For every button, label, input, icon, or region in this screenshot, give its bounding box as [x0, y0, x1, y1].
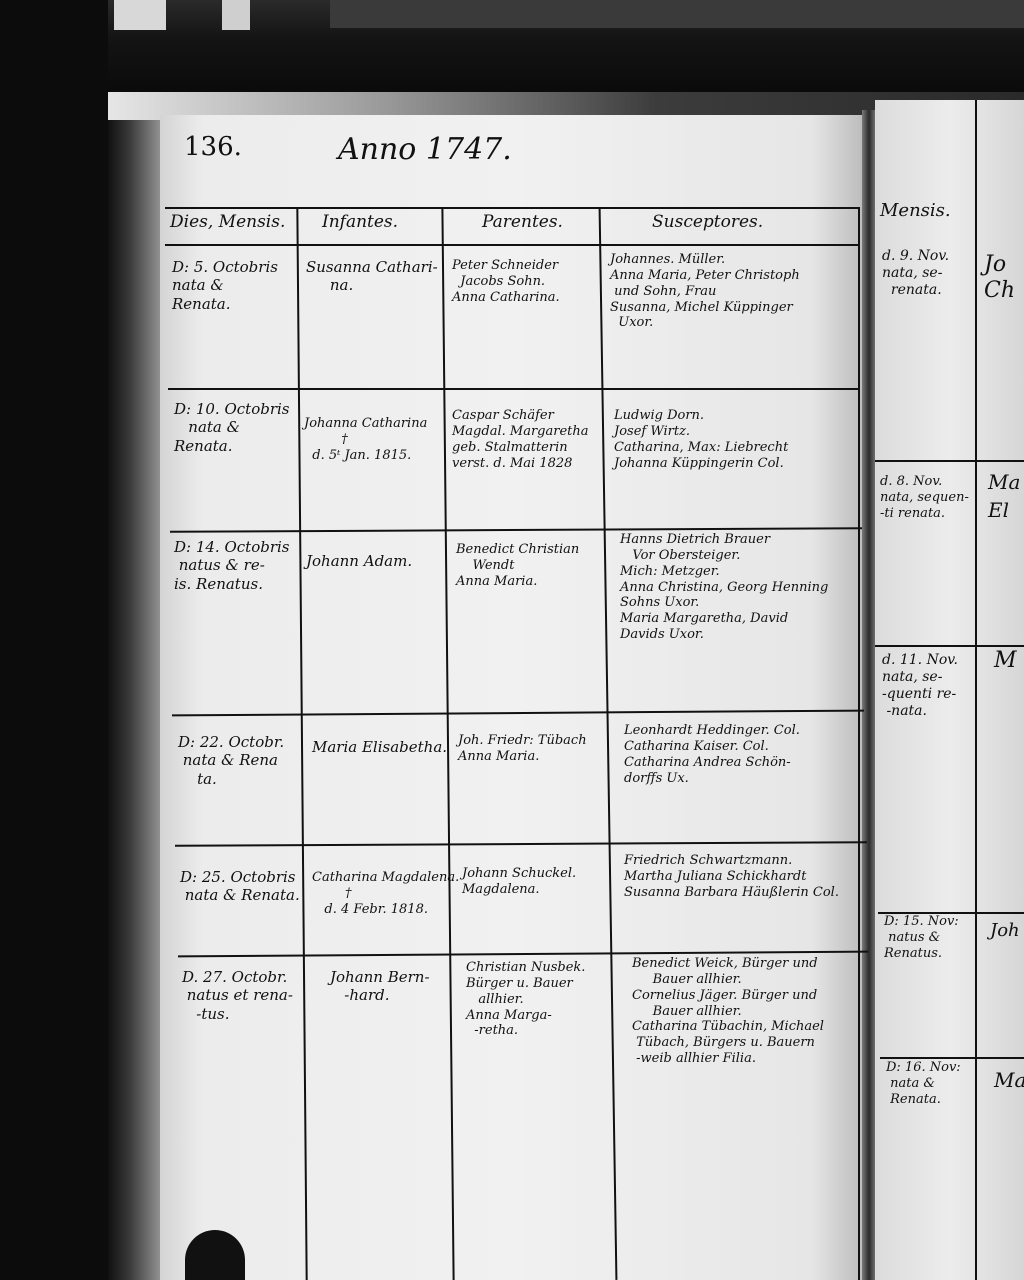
row-rule	[168, 388, 860, 390]
right-page-rule	[875, 645, 1024, 647]
next-column-fragment: Ma	[994, 1068, 1024, 1092]
cell-sponsors: Johannes. Müller. Anna Maria, Peter Chri…	[610, 252, 800, 331]
right-page-rule	[880, 1057, 1024, 1059]
cell-infant: Johann Bern- -hard.	[330, 968, 430, 1005]
header-rule	[165, 244, 860, 246]
cell-infant: Susanna Cathari- na.	[306, 258, 438, 295]
right-entry: d. 11. Nov. nata, se- -quenti re- -nata.	[882, 652, 958, 720]
cell-parents: Peter Schneider Jacobs Sohn. Anna Cathar…	[452, 258, 560, 306]
header-parentes: Parentes.	[482, 212, 563, 233]
right-entry: D: 15. Nov: natus & Renatus.	[884, 914, 959, 962]
header-dies-mensis: Dies, Mensis.	[170, 212, 285, 233]
cell-sponsors: Hanns Dietrich Brauer Vor Obersteiger. M…	[620, 532, 828, 643]
next-column-fragment: Jo	[984, 252, 1006, 279]
table-top-rule	[165, 207, 860, 209]
cell-parents: Benedict Christian Wendt Anna Maria.	[456, 542, 579, 590]
right-header-mensis: Mensis.	[880, 200, 951, 222]
cell-infant: Johann Adam.	[306, 552, 412, 570]
cell-date: D: 14. Octobris natus & re- is. Renatus.	[174, 538, 290, 593]
book-gutter	[862, 110, 876, 1280]
scanner-top-strip	[330, 0, 1024, 28]
right-entry: D: 16. Nov: nata & Renata.	[886, 1060, 961, 1108]
right-entry: d. 8. Nov. nata, sequen- -ti renata.	[880, 474, 969, 522]
page-number: 136.	[184, 132, 242, 164]
cell-infant: Johanna Catharina † d. 5ᵗ Jan. 1815.	[304, 416, 427, 464]
page-title: Anno 1747.	[338, 132, 512, 169]
next-column-fragment: Ma	[988, 470, 1020, 494]
cell-parents: Johann Schuckel. Magdalena.	[462, 866, 576, 898]
right-page-column-rule	[975, 100, 977, 1280]
cell-date: D: 10. Octobris nata & Renata.	[174, 400, 290, 455]
cell-date: D. 27. Octobr. natus et rena- -tus.	[182, 968, 293, 1023]
column-rule	[858, 207, 860, 1280]
cell-sponsors: Benedict Weick, Bürger und Bauer allhier…	[632, 956, 824, 1067]
cell-sponsors: Ludwig Dorn. Josef Wirtz. Catharina, Max…	[614, 408, 788, 471]
next-column-fragment: El	[988, 498, 1009, 522]
book-spine	[108, 120, 163, 1280]
next-column-fragment: Ch	[984, 278, 1015, 305]
cell-date: D: 25. Octobris nata & Renata.	[180, 868, 300, 905]
cell-parents: Joh. Friedr: Tübach Anna Maria.	[458, 733, 587, 765]
cell-date: D: 22. Octobr. nata & Rena ta.	[178, 733, 284, 788]
next-column-fragment: Joh	[990, 920, 1020, 942]
cell-date: D: 5. Octobris nata & Renata.	[172, 258, 278, 313]
cell-sponsors: Leonhardt Heddinger. Col. Catharina Kais…	[624, 723, 800, 786]
cell-infant: Catharina Magdalena. † d. 4 Febr. 1818.	[312, 870, 459, 918]
page-tab-fragment	[114, 0, 166, 30]
right-entry: d. 9. Nov. nata, se- renata.	[882, 248, 949, 299]
cell-parents: Christian Nusbek. Bürger u. Bauer allhie…	[466, 960, 585, 1039]
cell-infant: Maria Elisabetha.	[312, 738, 447, 756]
cell-sponsors: Friedrich Schwartzmann. Martha Juliana S…	[624, 853, 839, 901]
cell-parents: Caspar Schäfer Magdal. Margaretha geb. S…	[452, 408, 588, 471]
header-susceptores: Susceptores.	[652, 212, 763, 233]
header-infantes: Infantes.	[322, 212, 398, 233]
next-column-fragment: M	[994, 648, 1017, 675]
right-page-rule	[875, 460, 1024, 462]
page-tab-fragment	[222, 0, 250, 30]
